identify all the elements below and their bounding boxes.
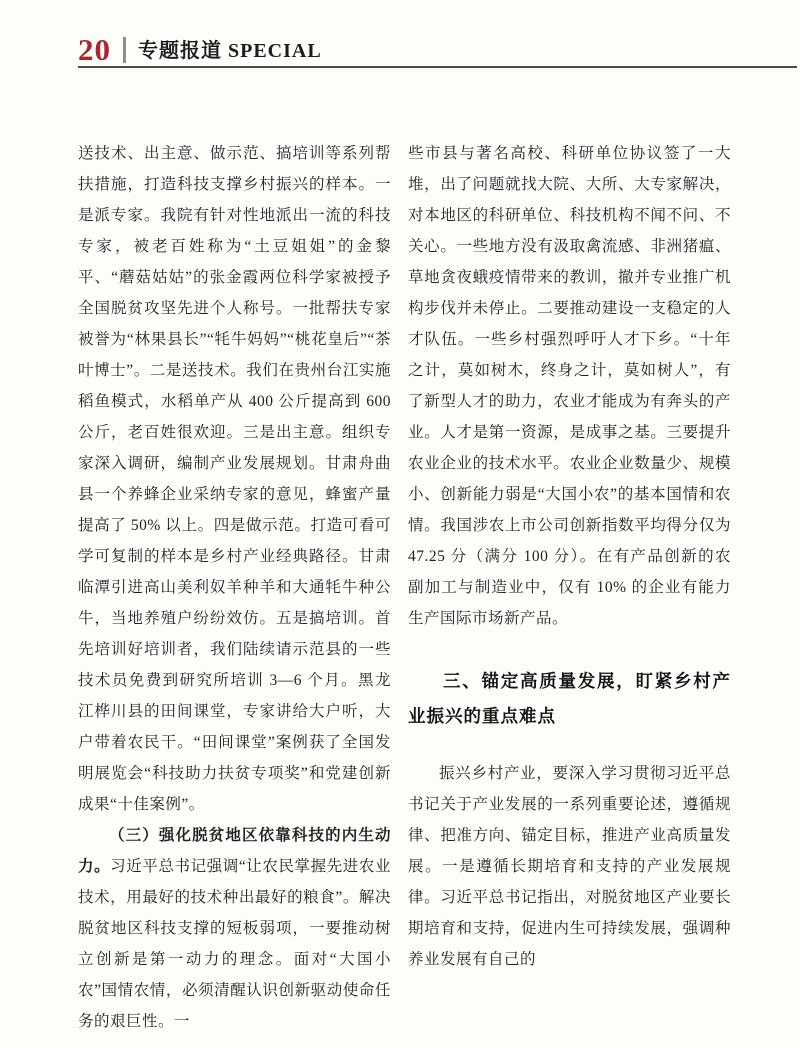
magazine-page: 20 专题报道 SPECIAL 送技术、出主意、做示范、搞培训等系列帮扶措施，打… xyxy=(0,0,800,1048)
header-divider xyxy=(123,37,126,63)
section-label: 专题报道 SPECIAL xyxy=(138,39,322,61)
paragraph-body-text: 习近平总书记强调“让农民掌握先进农业技术，用最好的技术种出最好的粮食”。解决脱贫… xyxy=(78,858,391,1030)
paragraph-point-three: （三）强化脱贫地区依靠科技的内生动力。习近平总书记强调“让农民掌握先进农业技术，… xyxy=(78,820,391,1037)
paragraph-continuation: 些市县与著名高校、科研单位协议签了一大堆，出了问题就找大院、大所、大专家解决，对… xyxy=(408,138,731,634)
paragraph-continuation: 送技术、出主意、做示范、搞培训等系列帮扶措施，打造科技支撑乡村振兴的样本。一是派… xyxy=(78,138,391,820)
paragraph-body: 振兴乡村产业，要深入学习贯彻习近平总书记关于产业发展的一系列重要论述，遵循规律、… xyxy=(408,758,731,975)
header-rule xyxy=(78,66,797,68)
right-column: 些市县与著名高校、科研单位协议签了一大堆，出了问题就找大院、大所、大专家解决，对… xyxy=(408,138,731,975)
section-heading: 三、锚定高质量发展，盯紧乡村产业振兴的重点难点 xyxy=(408,664,731,734)
page-header: 20 专题报道 SPECIAL xyxy=(78,34,745,65)
page-number: 20 xyxy=(78,34,111,65)
left-column: 送技术、出主意、做示范、搞培训等系列帮扶措施，打造科技支撑乡村振兴的样本。一是派… xyxy=(78,138,391,1037)
